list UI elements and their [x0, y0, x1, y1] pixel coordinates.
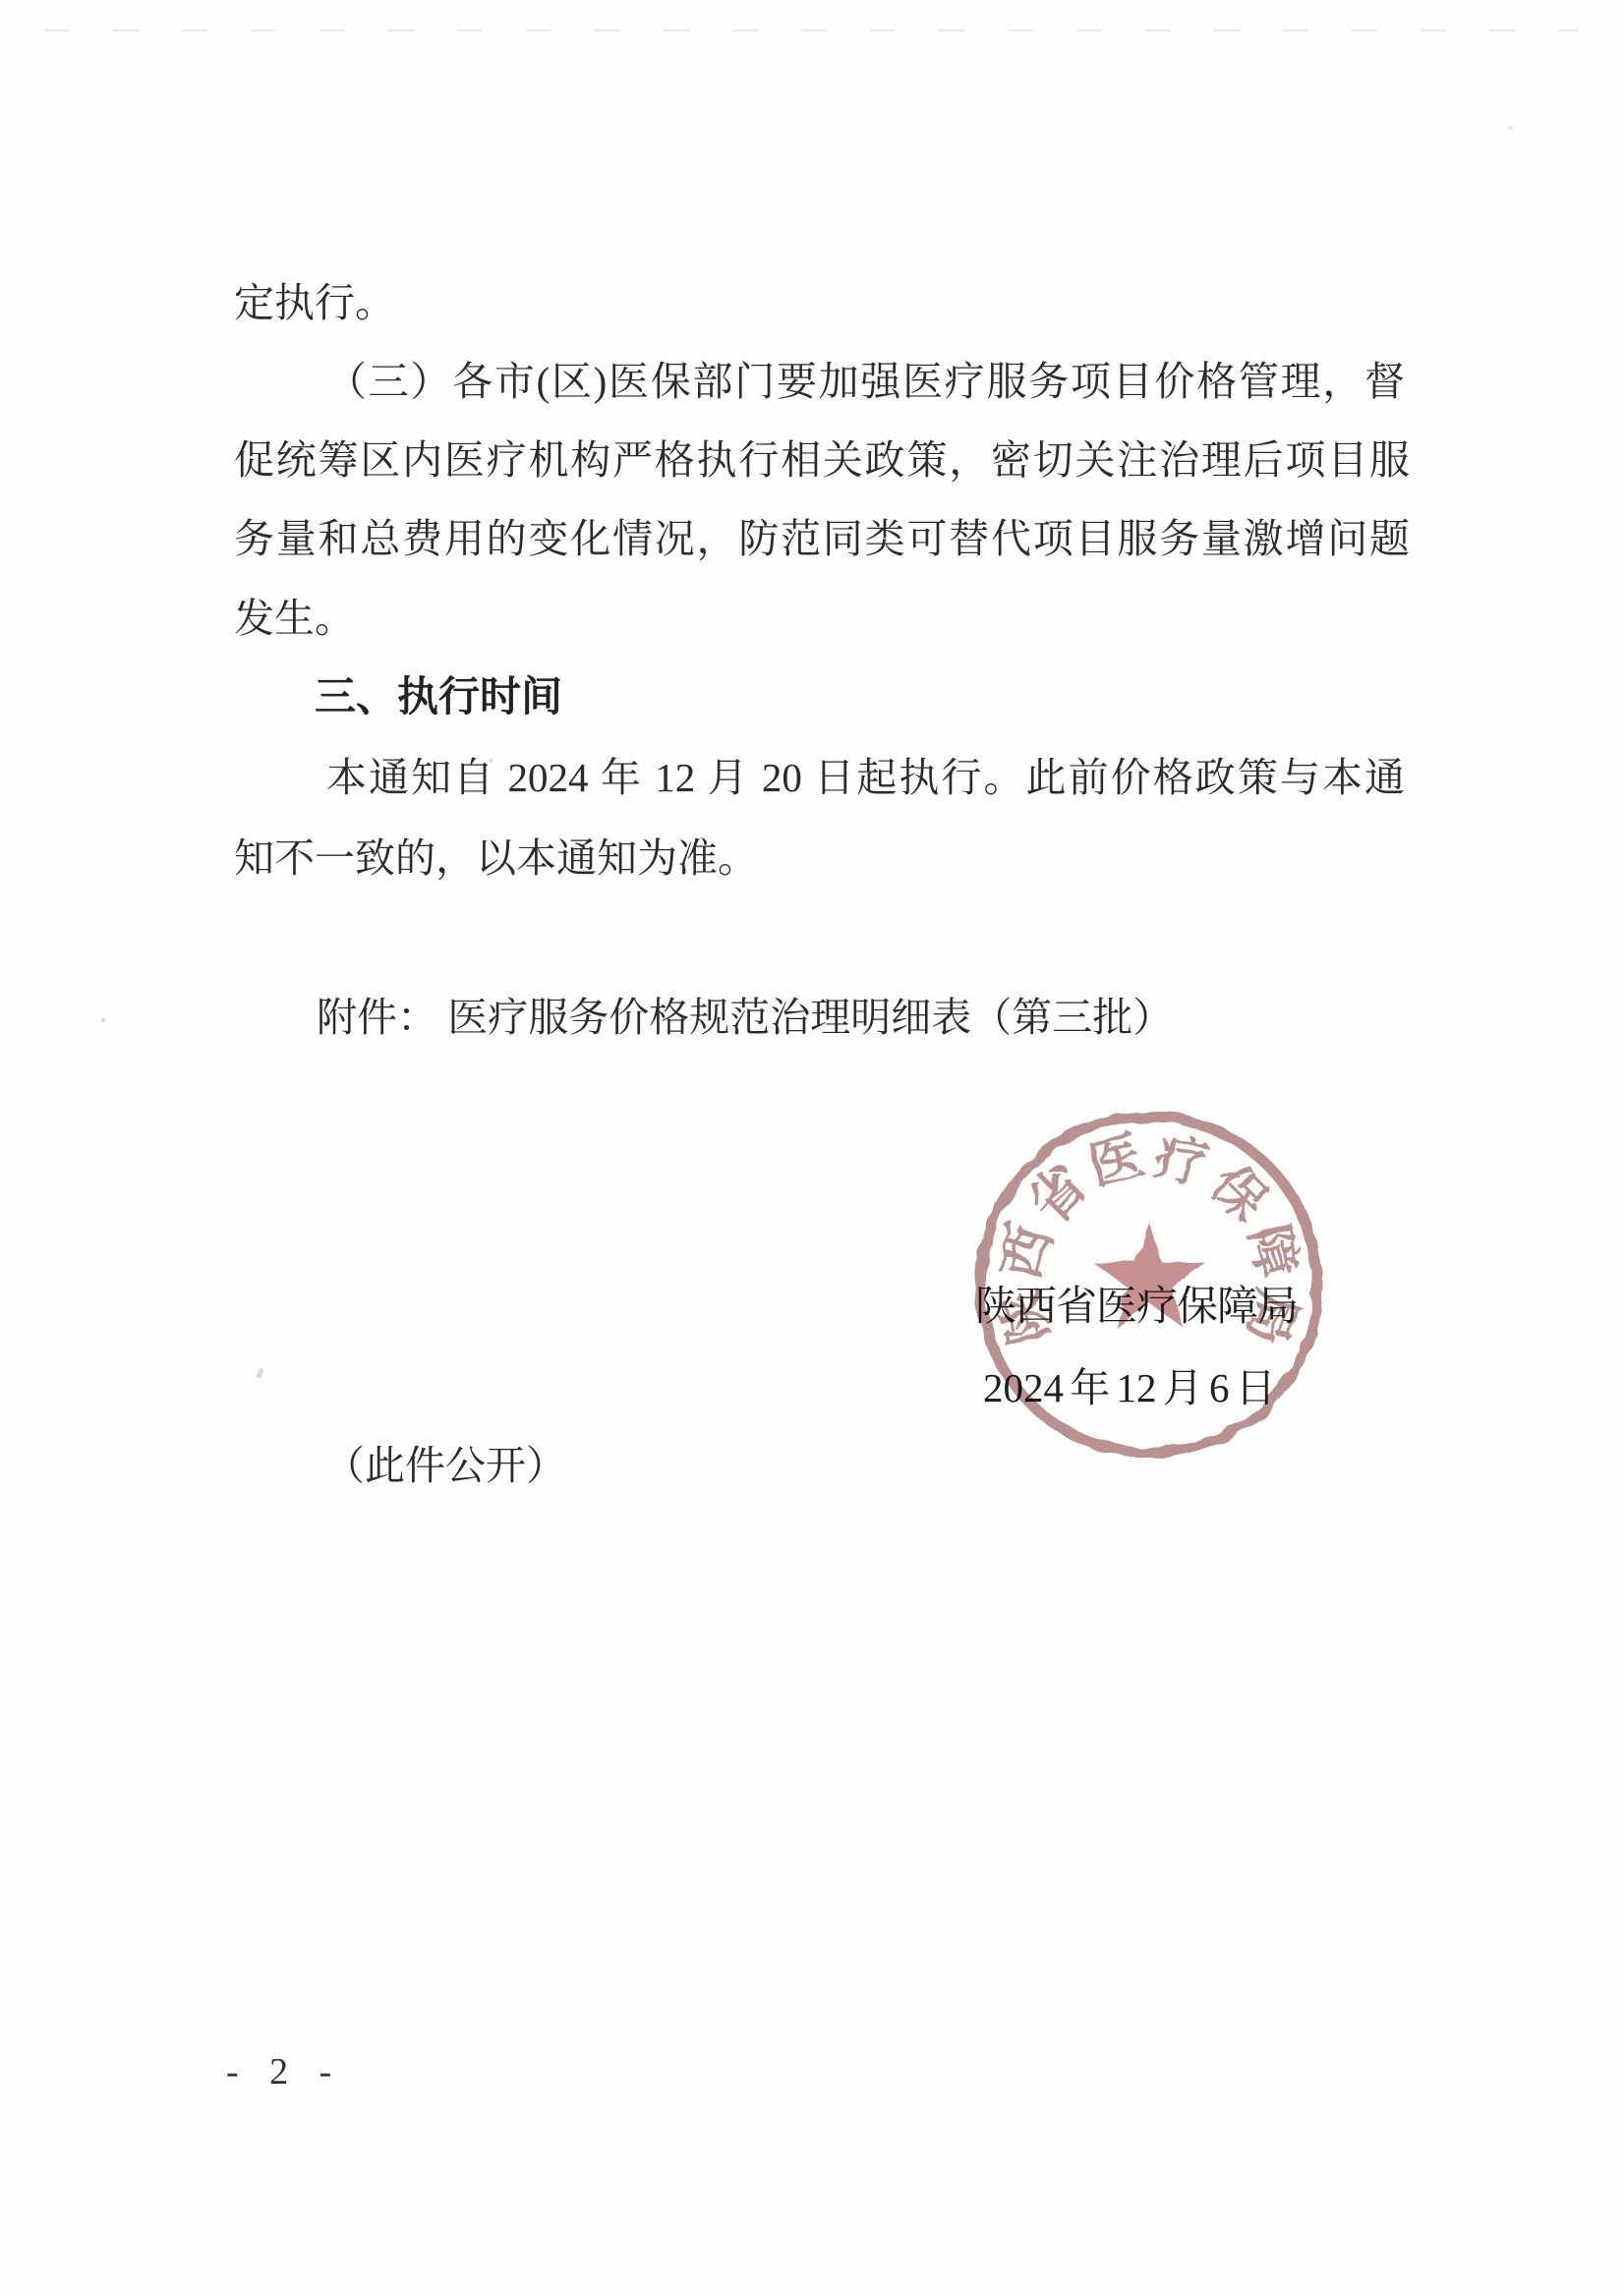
seal-ring-char: 保 — [1200, 1155, 1280, 1234]
signature-agency: 陕西省医疗保障局 — [975, 1274, 1298, 1333]
body-line-3: 促统筹区内医疗机构严格执行相关政策，密切关注治理后项目服 — [234, 432, 1410, 488]
seal-ring-char: 医 — [1083, 1125, 1150, 1196]
body-line-8: 知不一致的，以本通知为准。 — [234, 831, 758, 886]
page-number: - 2 - — [226, 2050, 335, 2094]
public-note: （此件公开） — [324, 1438, 566, 1493]
scan-speck — [1508, 126, 1513, 130]
scan-speck — [101, 1018, 105, 1022]
seal-ring-char: 省 — [1019, 1155, 1099, 1234]
body-line-4: 务量和总费用的变化情况，防范同类可替代项目服务量激增问题 — [234, 511, 1410, 566]
signature-date: 2024 年 12 月 6 日 — [983, 1355, 1276, 1413]
body-line-7: 本通知自 2024 年 12 月 20 日起执行。此前价格政策与本通 — [326, 750, 1405, 805]
body-line-2: （三）各市(区)医保部门要加强医疗服务项目价格管理，督 — [326, 354, 1405, 409]
scan-speck — [257, 1367, 264, 1378]
attachment-line: 附件： 医疗服务价格规范治理明细表（第三批） — [317, 990, 1173, 1045]
body-line-1: 定执行。 — [234, 275, 395, 330]
scan-artifact-line — [44, 29, 1578, 31]
body-line-5: 发生。 — [234, 591, 355, 646]
document-page: 定执行。 （三）各市(区)医保部门要加强医疗服务项目价格管理，督 促统筹区内医疗… — [0, 0, 1624, 2296]
scan-speck — [1121, 447, 1125, 450]
section-heading: 三、执行时间 — [315, 669, 562, 724]
scan-speck — [489, 759, 493, 763]
seal-ring-char: 疗 — [1149, 1125, 1216, 1196]
